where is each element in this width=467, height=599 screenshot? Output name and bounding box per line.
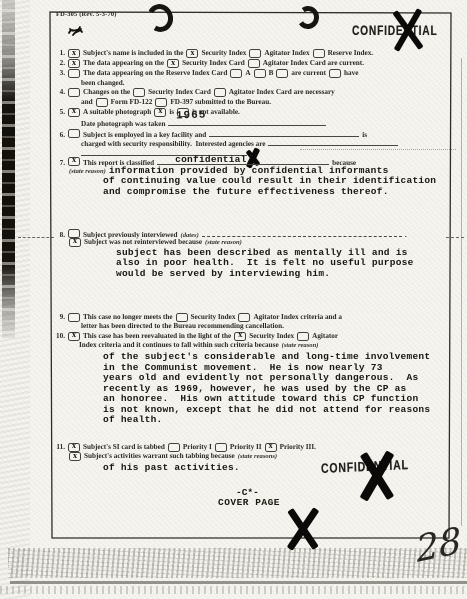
item-10-line-8: is not known, except that he did not att… <box>103 404 430 415</box>
item-number: 11. <box>52 443 65 451</box>
state-reason-label: (state reason) <box>69 168 106 175</box>
checkbox-unchecked <box>329 69 341 78</box>
form-text: Priority III. <box>280 443 316 451</box>
checkbox-unchecked <box>249 49 261 58</box>
checkbox-unchecked <box>68 129 80 138</box>
form-text: . <box>405 231 407 239</box>
typed-fill-in: confidential <box>175 154 246 165</box>
form-text: Priority I <box>183 443 212 451</box>
checkbox-unchecked <box>68 88 80 97</box>
item-10-line-7: an honoree. His own attitude toward this… <box>103 393 418 404</box>
checkbox-checked: x <box>167 59 179 68</box>
item-7-line-2: (state reason)information provided by co… <box>69 165 389 176</box>
item-8-line-3: subject has been described as mentally i… <box>116 247 408 258</box>
item-2-line-1: 2.xThe data appearing on thexSecurity In… <box>52 59 364 68</box>
form-text: This case has been reevaluated in the li… <box>83 332 231 340</box>
checkbox-unchecked <box>96 98 108 107</box>
checkbox-unchecked <box>276 69 288 78</box>
item-9-line-1: 9.This case no longer meets theSecurity … <box>52 313 342 322</box>
typed-text: information provided by confidential inf… <box>109 165 389 176</box>
form-text: been changed. <box>81 79 125 87</box>
item-10-line-2: Index criteria and it continues to fall … <box>79 341 318 349</box>
item-number: 6. <box>52 131 65 139</box>
form-text: Agitator <box>312 332 338 340</box>
item-8-line-5: would be served by interviewing him. <box>116 268 330 279</box>
form-text: Security Index <box>191 313 236 321</box>
item-3-line-1: 3.The data appearing on the Reserve Inde… <box>52 69 358 78</box>
form-text: Subject's SI card is tabbed <box>83 443 165 451</box>
item-4-line-2: andForm FD-122FD-397 submitted to the Bu… <box>81 98 271 107</box>
form-text: Agitator Index <box>264 49 309 57</box>
typed-text: of continuing value could result in thei… <box>103 175 436 186</box>
form-text: is <box>169 108 174 116</box>
checkbox-checked: x <box>234 332 246 341</box>
blank-underline: confidential <box>157 156 329 165</box>
checkbox-checked: x <box>186 49 198 58</box>
state-reason-label: (state reasons) <box>238 453 277 460</box>
item-10-line-1: 10.xThis case has been reevaluated in th… <box>52 332 338 341</box>
form-text: are current <box>291 69 326 77</box>
item-3-line-2: been changed. <box>81 79 125 87</box>
form-text: A <box>245 69 250 77</box>
typed-text: recently as 1969, however, he was used b… <box>103 383 407 394</box>
item-9-line-2: letter has been directed to the Bureau r… <box>81 322 284 330</box>
form-text: Index criteria and it continues to fall … <box>79 341 279 349</box>
item-10-line-3: of the subject's considerable and long-t… <box>103 351 430 362</box>
blank-underline <box>209 128 359 137</box>
form-text: Reserve Index. <box>328 49 374 57</box>
checkbox-checked: x <box>69 238 81 247</box>
form-number-label: FD-305 (Rev. 5-3-70) <box>56 11 117 18</box>
form-text: and <box>81 98 93 106</box>
checkbox-unchecked <box>168 443 180 452</box>
state-reason-label: (state reason) <box>205 239 242 246</box>
checkbox-unchecked <box>230 69 242 78</box>
ink-scribble-icon <box>67 24 85 38</box>
item-8-line-2: xSubject was not reinterviewed because(s… <box>69 238 242 247</box>
blank-underline <box>268 137 398 146</box>
checkbox-checked: x <box>265 443 277 452</box>
form-text: Agitator Index Card are necessary <box>229 88 335 96</box>
form-text: Security Index Card <box>182 59 245 67</box>
x-strike-icon-bottom-stamp <box>354 450 400 502</box>
item-10-line-4: in the Communist movement. He is now nea… <box>103 362 383 373</box>
form-text: Security Index Card <box>148 88 211 96</box>
item-number: 7. <box>52 159 65 167</box>
item-4-line-1: 4.Changes on theSecurity Index CardAgita… <box>52 88 335 97</box>
form-text: have <box>344 69 358 77</box>
item-1-line-1: 1.xSubject's name is included in thexSec… <box>52 49 373 58</box>
typed-text: also in poor health. It is felt no usefu… <box>116 257 414 268</box>
item-5-line-1: 5.xA suitable photographxisis not availa… <box>52 108 240 117</box>
checkbox-unchecked <box>214 88 226 97</box>
x-strike-icon-top-stamp <box>388 8 428 52</box>
checkbox-checked: x <box>68 49 80 58</box>
item-7-line-4: and compromise the future effectiveness … <box>103 186 389 197</box>
form-text: This case no longer meets the <box>83 313 173 321</box>
item-number: 5. <box>52 108 65 116</box>
state-reason-label: (state reason) <box>282 342 319 349</box>
typed-text: would be served by interviewing him. <box>116 268 330 279</box>
form-text: letter has been directed to the Bureau r… <box>81 322 284 330</box>
checkbox-unchecked <box>133 88 145 97</box>
form-text: The data appearing on the <box>83 59 164 67</box>
checkbox-checked: x <box>68 59 80 68</box>
item-11-line-2: xSubject's activities warrant such tabbi… <box>69 452 277 461</box>
typed-text: of his past activities. <box>103 462 240 473</box>
checkbox-checked: x <box>154 108 166 117</box>
typed-text: subject has been described as mentally i… <box>116 247 408 258</box>
form-text: Security Index <box>201 49 246 57</box>
scanned-document-page: FD-305 (Rev. 5-3-70) CONFIDENTIAL CONFID… <box>0 0 467 599</box>
handwritten-photo-year: 1965 <box>176 109 207 122</box>
form-text: Priority II <box>230 443 262 451</box>
item-number: 10. <box>52 332 65 340</box>
form-text: A suitable photograph <box>83 108 151 116</box>
typed-text: of the subject's considerable and long-t… <box>103 351 430 362</box>
checkbox-unchecked <box>248 59 260 68</box>
item-10-line-6: recently as 1969, however, he was used b… <box>103 383 407 394</box>
footer-title: COVER PAGE <box>218 497 280 508</box>
typed-text: years old and evidently not personally d… <box>103 372 418 383</box>
form-text: Agitator Index criteria and a <box>253 313 342 321</box>
form-text: B <box>269 69 274 77</box>
x-strike-icon-page-bottom <box>281 507 325 551</box>
checkbox-checked: x <box>68 108 80 117</box>
form-text: Form FD-122 <box>111 98 153 106</box>
blank-underline <box>202 228 402 237</box>
item-8-line-4: also in poor health. It is felt no usefu… <box>116 257 414 268</box>
form-text: Agitator Index Card are current. <box>263 59 364 67</box>
checkbox-unchecked <box>215 443 227 452</box>
typed-text: in the Communist movement. He is now nea… <box>103 362 383 373</box>
item-number: 9. <box>52 313 65 321</box>
checkbox-unchecked <box>68 69 80 78</box>
typed-text: is not known, except that he did not att… <box>103 404 430 415</box>
checkbox-unchecked <box>297 332 309 341</box>
checkbox-checked: x <box>69 452 81 461</box>
form-text: Changes on the <box>83 88 130 96</box>
item-11-line-3: of his past activities. <box>103 462 240 473</box>
checkbox-unchecked <box>155 98 167 107</box>
checkbox-checked: x <box>68 332 80 341</box>
checkbox-unchecked <box>238 313 250 322</box>
item-number: 3. <box>52 69 65 77</box>
item-7-line-3: of continuing value could result in thei… <box>103 175 436 186</box>
checkbox-unchecked <box>176 313 188 322</box>
checkbox-unchecked <box>68 313 80 322</box>
item-number: 2. <box>52 59 65 67</box>
item-number: 4. <box>52 88 65 96</box>
form-text: FD-397 submitted to the Bureau. <box>170 98 271 106</box>
form-text: The data appearing on the Reserve Index … <box>83 69 227 77</box>
item-number: 1. <box>52 49 65 57</box>
item-11-line-1: 11.xSubject's SI card is tabbedPriority … <box>52 443 316 452</box>
typed-text: of health. <box>103 414 163 425</box>
item-number: 8. <box>52 231 65 239</box>
form-text: Security Index <box>249 332 294 340</box>
item-10-line-5: years old and evidently not personally d… <box>103 372 418 383</box>
form-text: Subject's activities warrant such tabbin… <box>84 452 235 460</box>
typed-text: an honoree. His own attitude toward this… <box>103 393 418 404</box>
typed-text: and compromise the future effectiveness … <box>103 186 389 197</box>
checkbox-unchecked <box>254 69 266 78</box>
checkbox-unchecked <box>313 49 325 58</box>
form-text: Subject was not reinterviewed because <box>84 238 202 246</box>
form-text: Subject's name is included in the <box>83 49 183 57</box>
item-10-line-9: of health. <box>103 414 163 425</box>
